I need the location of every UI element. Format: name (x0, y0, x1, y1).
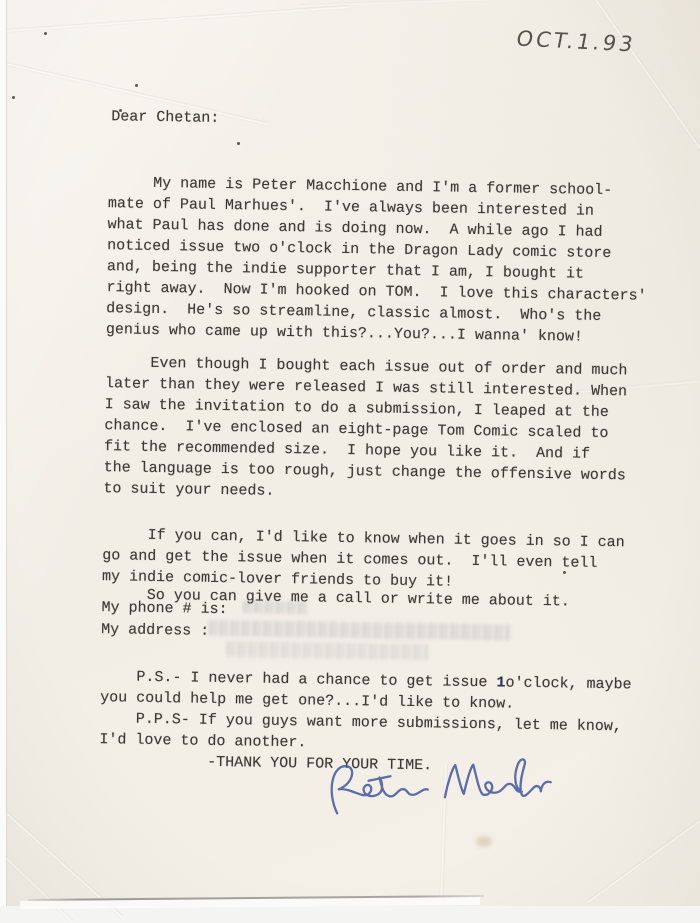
signature-ink-stroke (316, 749, 557, 829)
redacted-phone-number (243, 600, 307, 614)
letter-paragraph-2: Even though I bought each issue out of o… (103, 352, 627, 507)
inked-over-digit: 1 (496, 674, 505, 691)
scanned-letter-page: OCT.1.93 Dear Chetan: My name is Peter M… (0, 0, 700, 906)
handwritten-signature: Peter Macchione (316, 749, 557, 829)
phone-label: My phone # is: (101, 597, 227, 620)
postscript-text: P.S.- I never had a chance to get issue (100, 668, 496, 691)
salutation: Dear Chetan: (111, 106, 219, 129)
redacted-address-line-1 (209, 620, 511, 641)
letter-content: OCT.1.93 Dear Chetan: My name is Peter M… (0, 0, 700, 906)
handwritten-date: OCT.1.93 (514, 27, 637, 57)
letter-paragraph-1: My name is Peter Macchione and I'm a for… (106, 172, 649, 348)
address-label: My address : (101, 619, 209, 642)
redacted-address-line-2 (227, 641, 429, 660)
